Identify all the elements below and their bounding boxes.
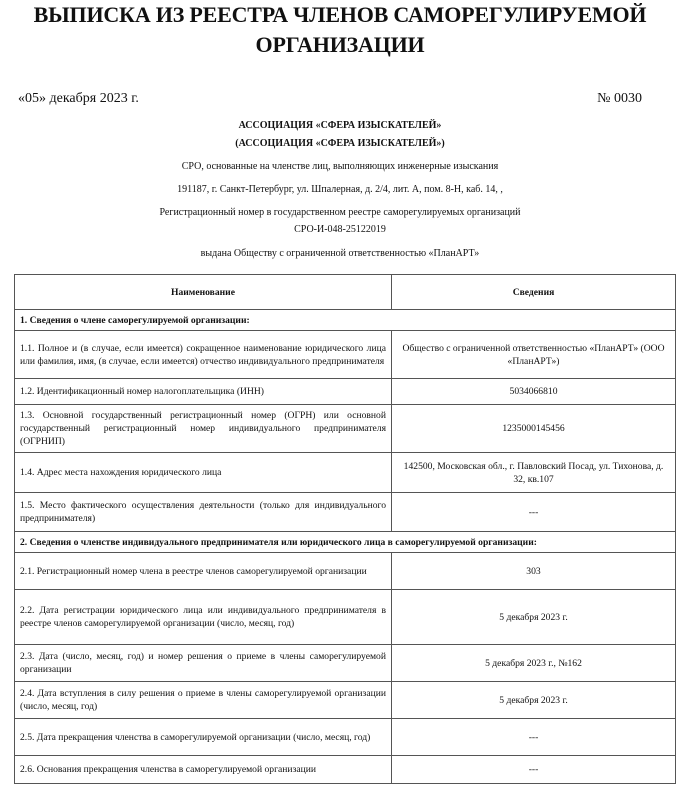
registration-label: Регистрационный номер в государственном … (0, 207, 680, 218)
row-label: 2.5. Дата прекращения членства в саморег… (15, 719, 392, 756)
organization-address: 191187, г. Санкт-Петербург, ул. Шпалерна… (0, 184, 680, 195)
table-row: 2.5. Дата прекращения членства в саморег… (15, 719, 676, 756)
title-line-2: ОРГАНИЗАЦИИ (0, 30, 680, 60)
table-row: 2.4. Дата вступления в силу решения о пр… (15, 682, 676, 719)
table-row: 1.5. Место фактического осуществления де… (15, 493, 676, 532)
row-value: 1235000145456 (392, 405, 676, 453)
section-2-title: 2. Сведения о членстве индивидуального п… (15, 532, 676, 553)
row-value: 303 (392, 553, 676, 590)
column-header-name: Наименование (15, 275, 392, 310)
row-value: 5 декабря 2023 г., №162 (392, 645, 676, 682)
row-label: 1.2. Идентификационный номер налогоплате… (15, 379, 392, 405)
column-header-value: Сведения (392, 275, 676, 310)
title-line-1: ВЫПИСКА ИЗ РЕЕСТРА ЧЛЕНОВ САМОРЕГУЛИРУЕМ… (0, 0, 680, 30)
table-row: 2.1. Регистрационный номер члена в реест… (15, 553, 676, 590)
table-row: 1.3. Основной государственный регистраци… (15, 405, 676, 453)
document-number: № 0030 (597, 91, 642, 107)
registry-table: Наименование Сведения 1. Сведения о член… (14, 274, 676, 784)
row-value: --- (392, 719, 676, 756)
table-row: 2.2. Дата регистрации юридического лица … (15, 590, 676, 645)
row-label: 1.4. Адрес места нахождения юридического… (15, 453, 392, 493)
table-row: 1.1. Полное и (в случае, если имеется) с… (15, 331, 676, 379)
row-value: --- (392, 756, 676, 784)
section-row: 2. Сведения о членстве индивидуального п… (15, 532, 676, 553)
row-label: 2.3. Дата (число, месяц, год) и номер ре… (15, 645, 392, 682)
row-label: 2.2. Дата регистрации юридического лица … (15, 590, 392, 645)
table-row: 2.3. Дата (число, месяц, год) и номер ре… (15, 645, 676, 682)
table-header-row: Наименование Сведения (15, 275, 676, 310)
row-label: 2.1. Регистрационный номер члена в реест… (15, 553, 392, 590)
row-label: 2.6. Основания прекращения членства в са… (15, 756, 392, 784)
table-row: 1.2. Идентификационный номер налогоплате… (15, 379, 676, 405)
organization-short-name: (АССОЦИАЦИЯ «СФЕРА ИЗЫСКАТЕЛЕЙ») (0, 138, 680, 149)
document-date: «05» декабря 2023 г. (18, 91, 139, 107)
section-row: 1. Сведения о члене саморегулируемой орг… (15, 310, 676, 331)
row-label: 2.4. Дата вступления в силу решения о пр… (15, 682, 392, 719)
row-value: --- (392, 493, 676, 532)
row-value: 142500, Московская обл., г. Павловский П… (392, 453, 676, 493)
organization-type: СРО, основанные на членстве лиц, выполня… (0, 161, 680, 172)
section-1-title: 1. Сведения о члене саморегулируемой орг… (15, 310, 676, 331)
registration-number: СРО-И-048-25122019 (0, 224, 680, 235)
row-value: Общество с ограниченной ответственностью… (392, 331, 676, 379)
table-row: 1.4. Адрес места нахождения юридического… (15, 453, 676, 493)
organization-name: АССОЦИАЦИЯ «СФЕРА ИЗЫСКАТЕЛЕЙ» (0, 120, 680, 131)
row-label: 1.1. Полное и (в случае, если имеется) с… (15, 331, 392, 379)
row-label: 1.3. Основной государственный регистраци… (15, 405, 392, 453)
row-label: 1.5. Место фактического осуществления де… (15, 493, 392, 532)
issued-to: выдана Обществу с ограниченной ответстве… (0, 248, 680, 259)
table-row: 2.6. Основания прекращения членства в са… (15, 756, 676, 784)
document-title: ВЫПИСКА ИЗ РЕЕСТРА ЧЛЕНОВ САМОРЕГУЛИРУЕМ… (0, 0, 680, 60)
row-value: 5 декабря 2023 г. (392, 590, 676, 645)
row-value: 5 декабря 2023 г. (392, 682, 676, 719)
row-value: 5034066810 (392, 379, 676, 405)
